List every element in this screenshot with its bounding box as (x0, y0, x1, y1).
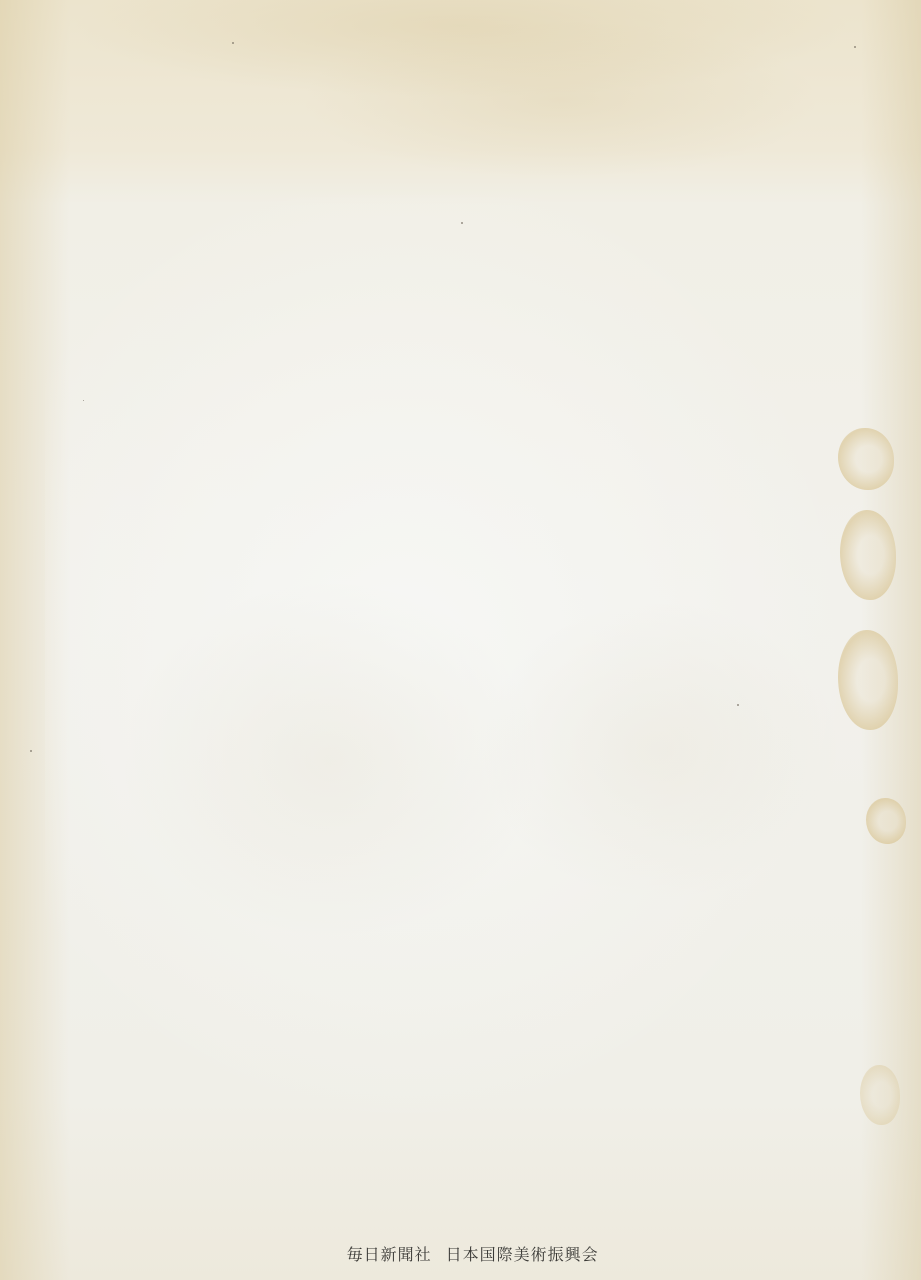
publisher-name: 毎日新聞社 (347, 1242, 432, 1265)
organizer-name: 日本国際美術振興会 (446, 1242, 599, 1265)
paper-speck (737, 704, 739, 706)
paper-mottle (300, 20, 820, 180)
water-stain (838, 630, 898, 730)
paper-lighter-area (45, 195, 845, 1195)
water-stain (866, 798, 906, 844)
paper-speck (83, 400, 84, 401)
publisher-credits: 毎日新聞社日本国際美術振興会 (0, 1223, 921, 1280)
paper-speck (461, 222, 463, 224)
paper-speck (232, 42, 234, 44)
back-cover-page: 毎日新聞社日本国際美術振興会 (0, 0, 921, 1280)
water-stain (860, 1065, 900, 1125)
water-stain (838, 428, 894, 490)
paper-mottle (480, 600, 840, 900)
paper-speck (854, 46, 856, 48)
paper-speck (30, 750, 32, 752)
paper-mottle (120, 580, 540, 940)
water-stain (840, 510, 896, 600)
